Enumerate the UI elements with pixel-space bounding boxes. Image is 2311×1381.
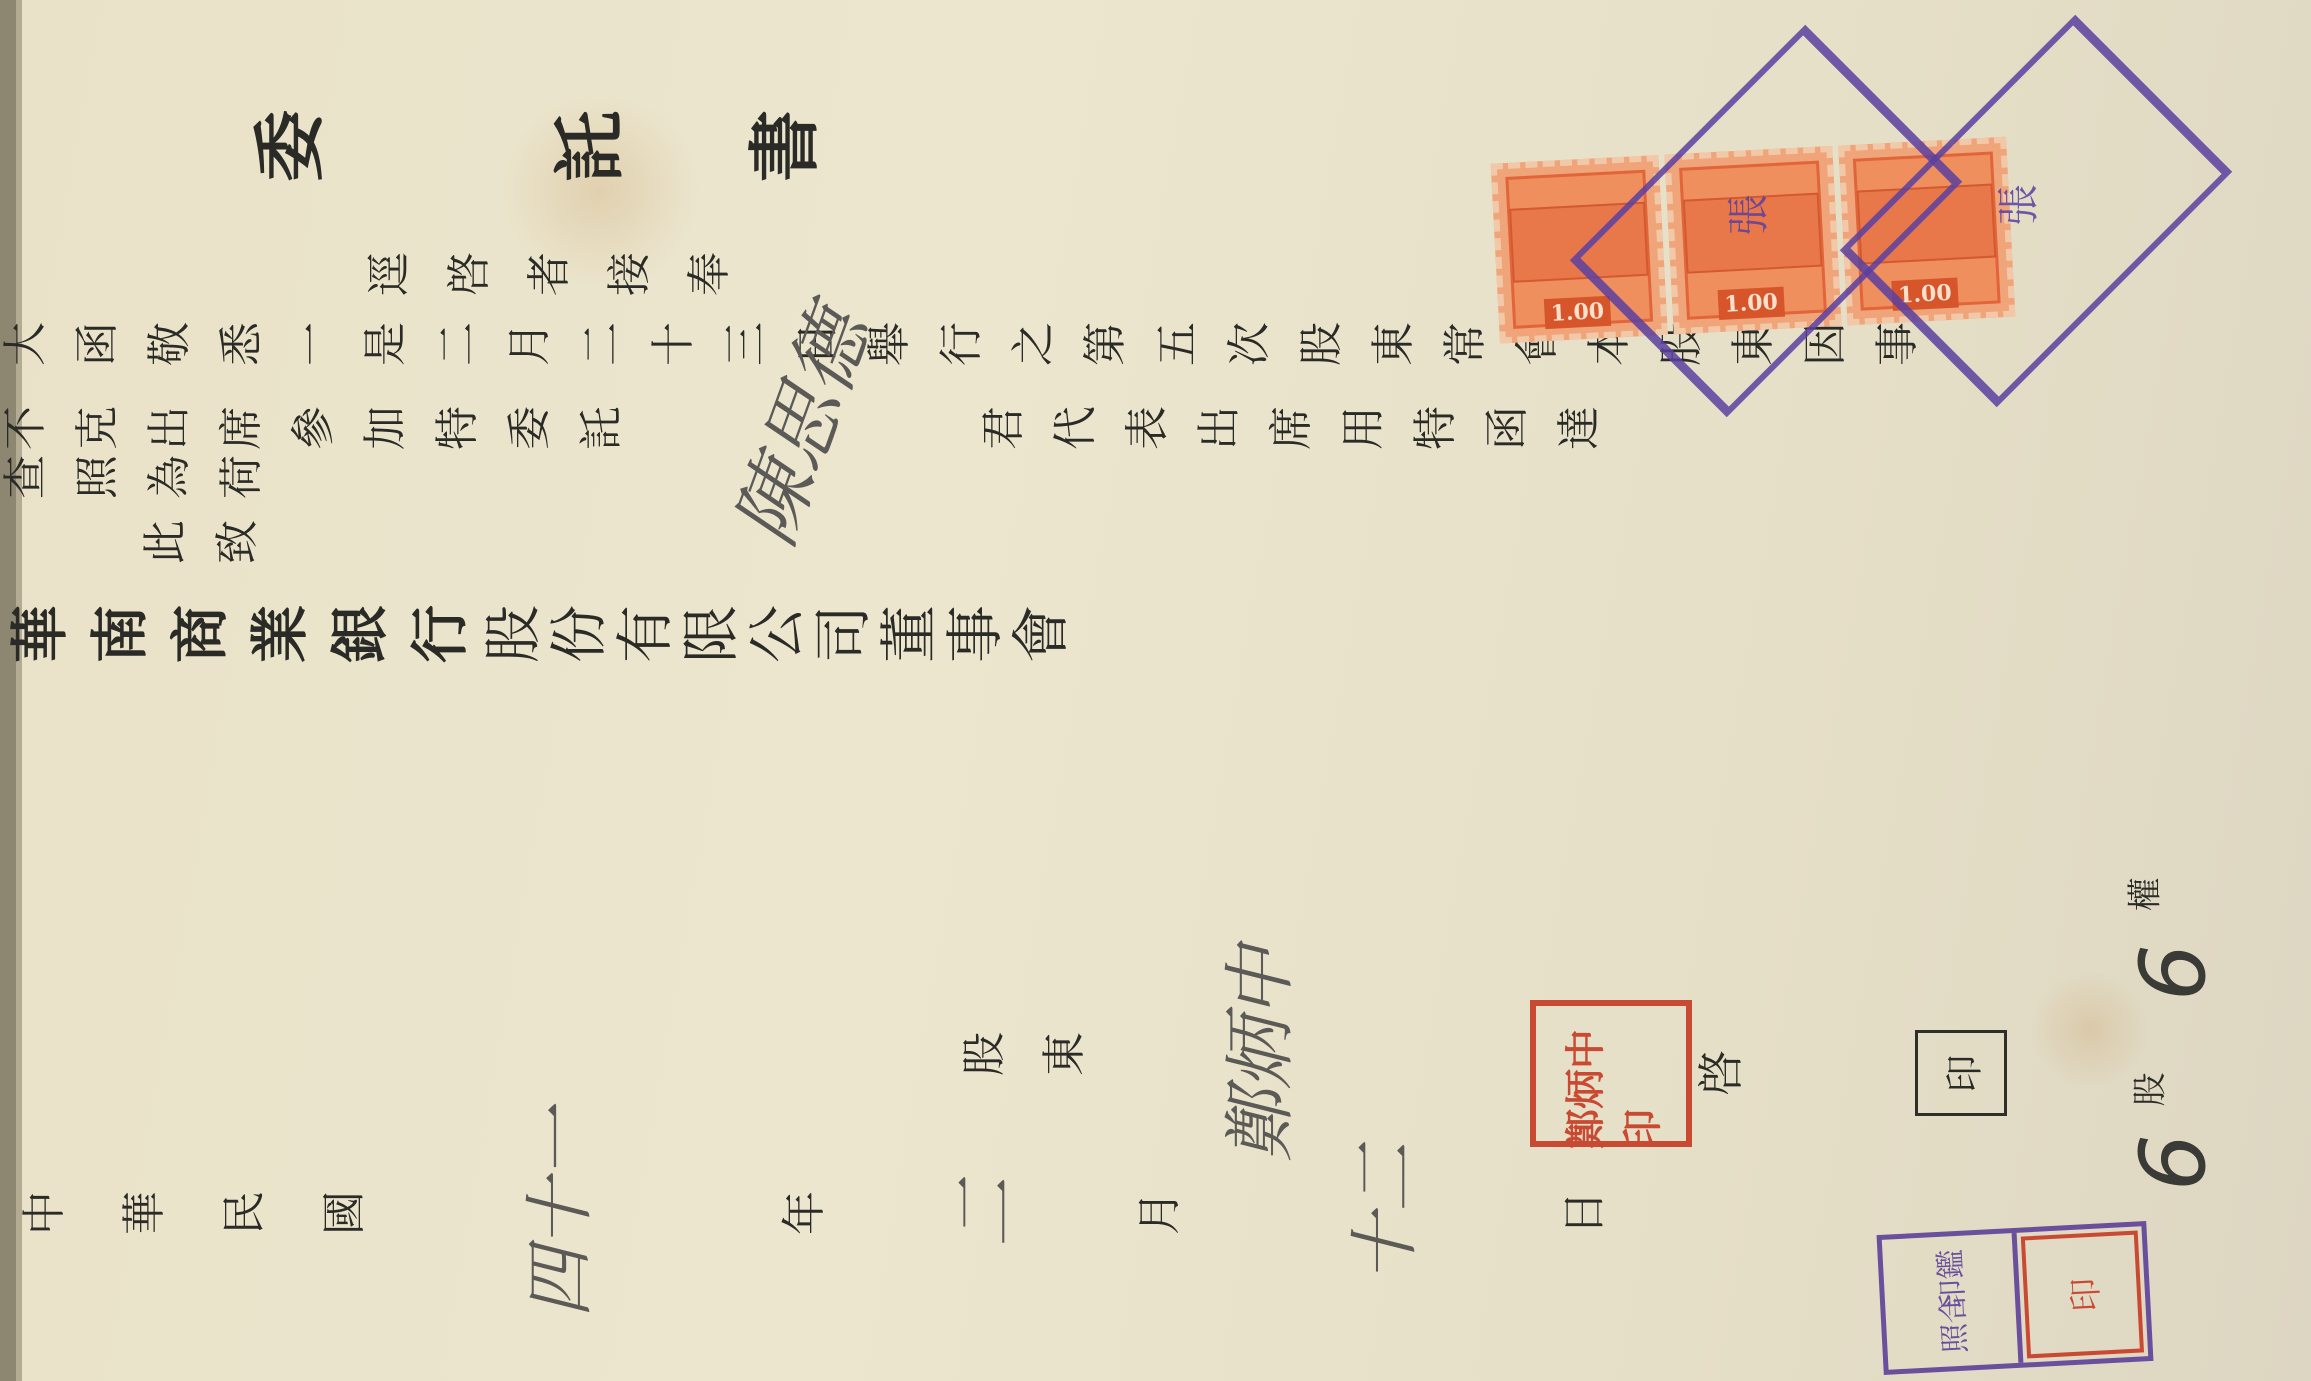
addressee-char: 業 [251,594,309,674]
body-char: 特 [1414,392,1458,464]
votes-value: 6 [2121,944,2226,1001]
day-handwritten: 十二 [1350,1063,1420,1363]
cancel-mark-text: 張 [1986,184,2046,226]
body-char: 加 [364,392,408,464]
cancel-mark-text: 張 [1716,194,1776,236]
month-label: 月 [1138,1138,1182,1288]
addressee-char: 有 [616,601,674,667]
body-char: 此 [144,506,188,578]
body-char: 託 [580,392,624,464]
body-char: 奉 [688,234,732,314]
body-char: 查 [4,441,48,513]
month-handwritten: 二 [950,1113,1020,1313]
body-char: 表 [1126,392,1170,464]
votes-label: 權 [2118,878,2167,912]
body-char: 五 [1156,308,1200,380]
date-char: 華 [123,1163,167,1263]
addressee-char: 銀 [331,594,389,674]
body-char: 出 [1198,392,1242,464]
seal-text: 鄭炳中印 [1554,999,1668,1149]
title-char: 書 [749,101,821,191]
addressee-char: 限 [682,601,740,667]
body-char: 君 [982,392,1026,464]
addressee-char: 份 [550,601,608,667]
addressee-char: 南 [91,594,149,674]
body-char: 特 [436,392,480,464]
date-line: 中 華 民 國 四十一 年 二 月 十二 日 [0,1178,1635,1248]
addressee-char: 股 [484,601,542,667]
shareholder-label-char: 股 [963,1019,1007,1089]
verify-label: 照合 [1928,1292,1975,1354]
seal-placeholder-text: 印 [1933,1054,1988,1092]
addressee-char: 董 [880,601,938,667]
body-char: 之 [1012,308,1056,380]
shareholder-line: 股 東 鄭炳中 [950,1018,1410,1090]
body-char: 者 [528,234,572,314]
body-char: 敬 [148,308,192,380]
body-char: 常 [1444,308,1488,380]
seal-verification-stamp: 印鑑 照合 印 [1877,1221,2154,1375]
addressee-char: 華 [11,594,69,674]
body-char: 參 [292,392,336,464]
body-char: 第 [1084,308,1128,380]
shares-value: 6 [2121,1134,2226,1191]
date-char: 國 [323,1163,367,1263]
binding-edge [0,0,16,1381]
body-char: 一 [292,308,336,380]
date-char: 中 [23,1163,67,1263]
body-char: 委 [508,392,552,464]
stamp-value: 1.00 [1544,296,1611,329]
day-label: 日 [1563,1163,1607,1263]
addressee-char: 司 [814,601,872,667]
seal-placeholder-box: 印 [1915,1030,2007,1116]
body-char: 用 [1342,392,1386,464]
body-char: 荷 [220,441,264,513]
body-char: 二 [436,308,480,380]
body-char: 月 [508,308,552,380]
body-char: 是 [364,308,408,380]
shares-label: 股 [2123,1073,2172,1107]
body-char: 席 [1270,392,1314,464]
body-char: 二 [580,308,624,380]
shareholder-name-handwritten: 鄭炳中 [1224,904,1296,1204]
body-char: 次 [1228,308,1272,380]
body-char: 逕 [368,234,412,314]
body-char: 行 [940,308,984,380]
closing-text: 啓 [1685,1050,1751,1096]
body-char: 為 [148,441,192,513]
body-char: 悉 [220,308,264,380]
addressee-char: 會 [1012,601,1070,667]
body-char: 致 [216,506,260,578]
addressee-char: 行 [411,594,469,674]
body-char: 三 [724,308,768,380]
addressee-char: 事 [946,601,1004,667]
date-char: 民 [223,1163,267,1263]
body-char: 啓 [448,234,492,314]
year-label: 年 [783,1133,827,1293]
body-char: 達 [1558,392,1602,464]
binding-shadow [16,0,22,1381]
year-handwritten: 四十一 [525,1048,595,1378]
verify-seal-text: 印 [2057,1276,2108,1313]
body-column-5: 此 致 [130,520,274,564]
body-char: 函 [1486,392,1530,464]
document-title: 委 託 書 [140,110,830,182]
body-char: 股 [1300,308,1344,380]
body-char: 照 [76,441,120,513]
body-column-1: 逕 啓 者 接 奉 [350,252,750,296]
body-char: 東 [1372,308,1416,380]
addressee-company: 華 南 商 業 銀 行 股 份 有 限 公 司 董 事 會 [0,605,1074,663]
title-char: 委 [254,0,326,296]
body-char: 接 [608,234,652,314]
shareholder-label-char: 東 [1043,1009,1087,1099]
body-column-4: 查 照 為 荷 [0,455,278,499]
body-char: 十 [652,308,696,380]
addressee-char: 公 [748,601,806,667]
body-char: 函 [76,308,120,380]
body-char: 代 [1054,392,1098,464]
shareholder-seal: 鄭炳中印 [1530,1000,1692,1147]
body-char: 大 [4,308,48,380]
addressee-char: 商 [171,594,229,674]
